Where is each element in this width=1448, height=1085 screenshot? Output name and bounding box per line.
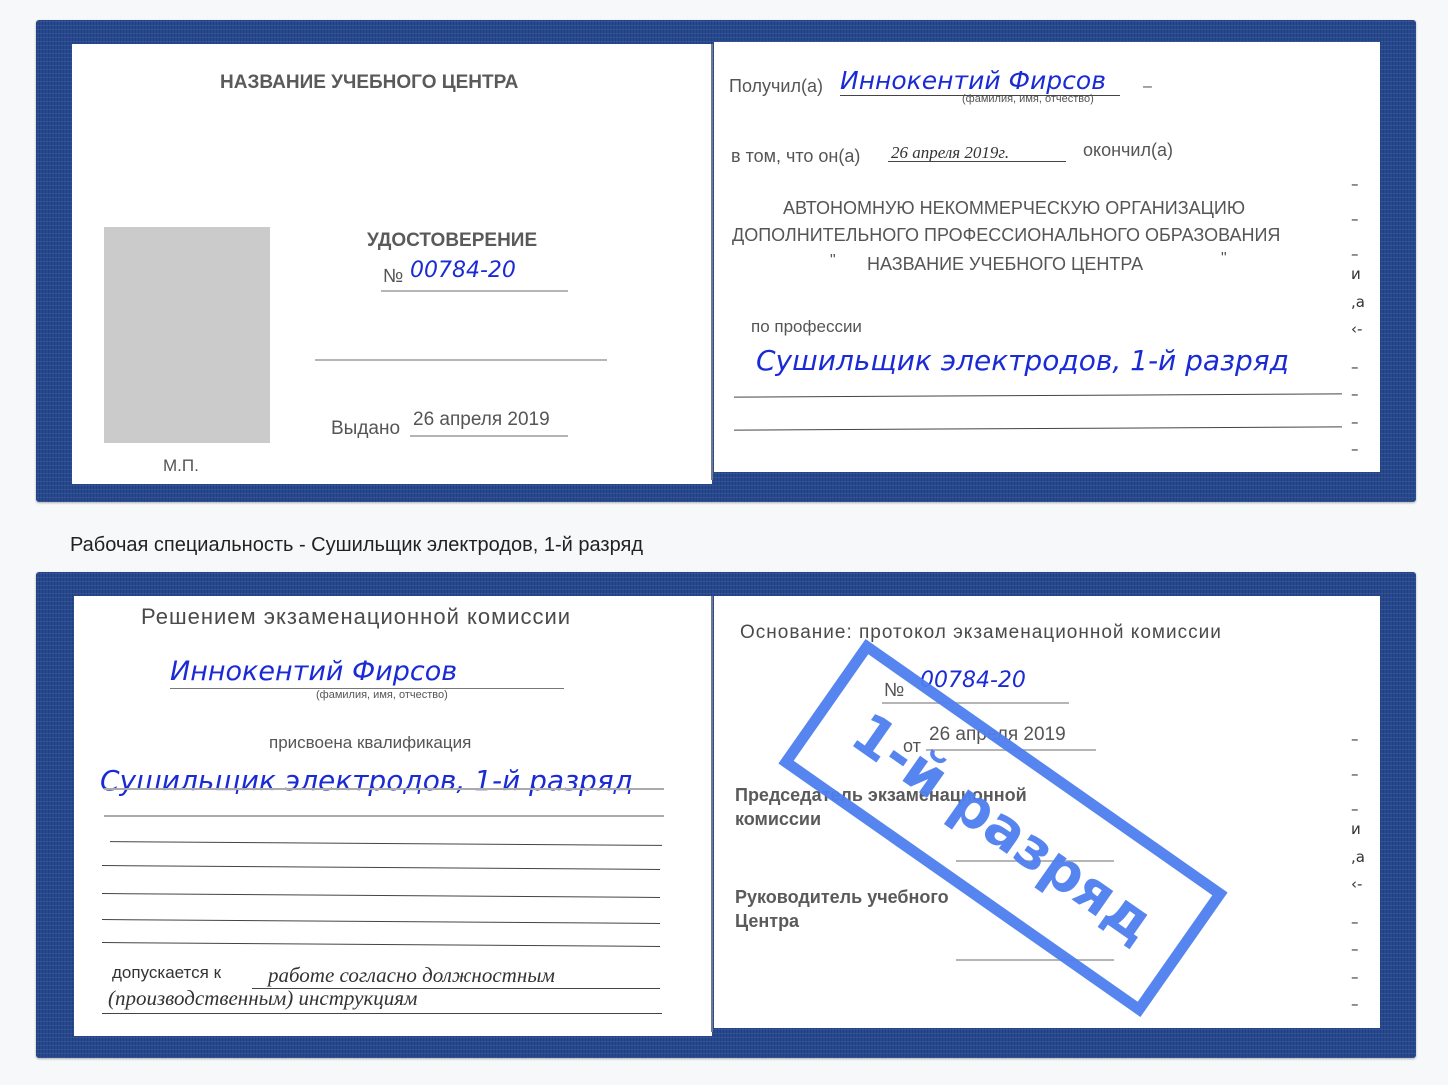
photo-placeholder xyxy=(104,227,270,443)
head-line-2: Центра xyxy=(735,911,799,932)
bottom-spine xyxy=(711,596,713,1032)
basis-title: Основание: протокол экзаменационной коми… xyxy=(740,622,1222,644)
center-name-heading: НАЗВАНИЕ УЧЕБНОГО ЦЕНТРА xyxy=(220,72,518,94)
number-underline xyxy=(381,290,568,292)
profession-value: Сушильщик электродов, 1-й разряд xyxy=(756,344,1289,377)
blank-line xyxy=(315,359,607,361)
received-dash: – xyxy=(1143,78,1152,96)
that-date-underline xyxy=(888,161,1066,162)
number-label: № xyxy=(383,266,403,288)
that-date: 26 апреля 2019г. xyxy=(891,143,1009,163)
qualification-line-1 xyxy=(104,788,664,790)
stamp-place-label: М.П. xyxy=(163,456,199,476)
profession-label: по профессии xyxy=(751,317,862,337)
admitted-label: допускается к xyxy=(112,963,221,983)
document-title: УДОСТОВЕРЕНИЕ xyxy=(367,230,537,252)
org-line-3: НАЗВАНИЕ УЧЕБНОГО ЦЕНТРА xyxy=(867,254,1143,275)
certificate-number: 00784-20 xyxy=(410,258,516,283)
fio-hint-bottom: (фамилия, имя, отчество) xyxy=(316,689,448,701)
received-label: Получил(а) xyxy=(729,76,823,97)
org-line-1: АВТОНОМНУЮ НЕКОММЕРЧЕСКУЮ ОРГАНИЗАЦИЮ xyxy=(783,198,1245,219)
qualification-line-2 xyxy=(104,815,664,817)
that-label: в том, что он(а) xyxy=(731,146,860,167)
org-quote-close: " xyxy=(1221,250,1227,268)
issued-label: Выдано xyxy=(331,418,400,440)
finished-label: окончил(а) xyxy=(1083,140,1173,161)
fio-hint-top: (фамилия, имя, отчество) xyxy=(962,93,1094,105)
admitted-underline-2 xyxy=(102,1013,662,1014)
qualification-value: Сушильщик электродов, 1-й разряд xyxy=(100,764,633,797)
org-quote-open: " xyxy=(830,252,836,270)
decision-title: Решением экзаменационной комиссии xyxy=(141,604,571,630)
head-line-1: Руководитель учебного xyxy=(735,887,949,908)
issued-date: 26 апреля 2019 xyxy=(413,409,550,431)
decision-name: Иннокентий Фирсов xyxy=(170,656,457,687)
admitted-value-line-1: работе согласно должностным xyxy=(268,963,555,988)
issued-underline xyxy=(410,435,568,437)
top-spine xyxy=(711,44,713,480)
qualification-label: присвоена квалификация xyxy=(269,733,471,753)
received-name: Иннокентий Фирсов xyxy=(840,66,1106,95)
admitted-value-line-2: (производственным) инструкциям xyxy=(108,986,417,1011)
caption: Рабочая специальность - Сушильщик электр… xyxy=(70,534,643,557)
org-line-2: ДОПОЛНИТЕЛЬНОГО ПРОФЕССИОНАЛЬНОГО ОБРАЗО… xyxy=(732,225,1280,246)
chairman-line-2: комиссии xyxy=(735,809,821,830)
